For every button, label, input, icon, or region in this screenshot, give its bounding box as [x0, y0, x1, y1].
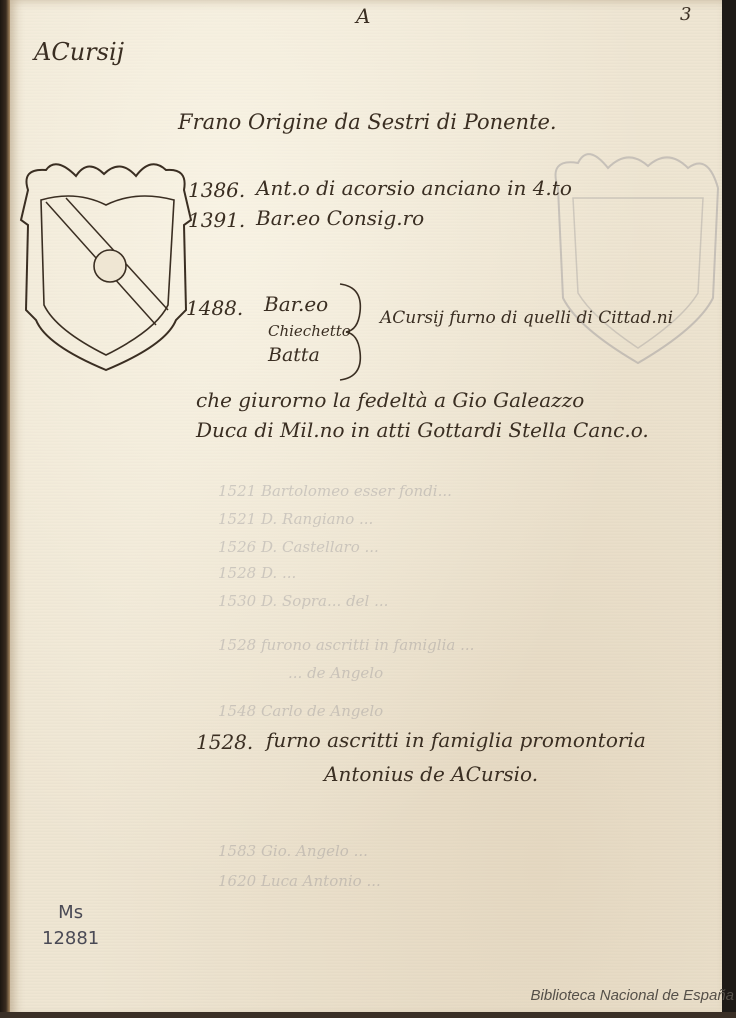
library-watermark: Biblioteca Nacional de España: [531, 987, 734, 1004]
entry-year: 1488.: [186, 296, 243, 320]
ghost-coat-of-arms-icon: [548, 148, 728, 368]
shelfmark: Ms 12881: [42, 900, 99, 952]
bleed-through-line: 1521 D. Rangiano ...: [218, 510, 373, 528]
bleed-through-line: 1528 furono ascritti in famiglia ...: [218, 636, 474, 654]
bleed-through-line: 1583 Gio. Angelo ...: [218, 842, 368, 860]
bracket-name: Bar.eo: [264, 292, 328, 316]
scan-edge: [722, 0, 736, 1018]
bleed-through-line: 1528 D. ...: [218, 564, 296, 582]
binding-spine: [0, 0, 10, 1018]
origin-title: Frano Origine da Sestri di Ponente.: [178, 110, 557, 134]
coat-of-arms-icon: [16, 160, 196, 375]
folio-number: 3: [680, 4, 691, 25]
scan-edge-bottom: [0, 1012, 736, 1018]
bleed-through-line: 1530 D. Sopra... del ...: [218, 592, 388, 610]
entry-text: Ant.o di acorsio anciano in 4.to: [256, 176, 572, 200]
family-heading: ACursij: [34, 38, 124, 66]
brace-icon: [338, 282, 368, 382]
manuscript-page: 1521 Bartolomeo esser fondi... 1521 D. R…: [8, 0, 722, 1018]
entry-1528-year: 1528.: [196, 730, 253, 754]
bleed-through-line: 1620 Luca Antonio ...: [218, 872, 381, 890]
bleed-through-line: 1521 Bartolomeo esser fondi...: [218, 482, 452, 500]
bleed-through-line: 1526 D. Castellaro ...: [218, 538, 379, 556]
entry-text: Bar.eo Consig.ro: [256, 206, 424, 230]
top-center-mark: A: [356, 4, 370, 28]
bleed-through-line: 1548 Carlo de Angelo: [218, 702, 383, 720]
entry-year: 1386.: [188, 178, 245, 202]
paragraph-line: Duca di Mil.no in atti Gottardi Stella C…: [196, 418, 649, 442]
bleed-through-line: ... de Angelo: [288, 664, 383, 682]
bracket-note: ACursij furno di quelli di Cittad.ni: [380, 308, 673, 328]
shelfmark-number: 12881: [42, 926, 99, 952]
paragraph-line: che giurorno la fedeltà a Gio Galeazzo: [196, 388, 584, 412]
shelfmark-prefix: Ms: [42, 900, 99, 926]
entry-year: 1391.: [188, 208, 245, 232]
bracket-name: Batta: [268, 344, 320, 366]
entry-1528-line1: furno ascritti in famiglia promontoria: [266, 728, 646, 752]
entry-1528-line2: Antonius de ACursio.: [324, 762, 538, 786]
